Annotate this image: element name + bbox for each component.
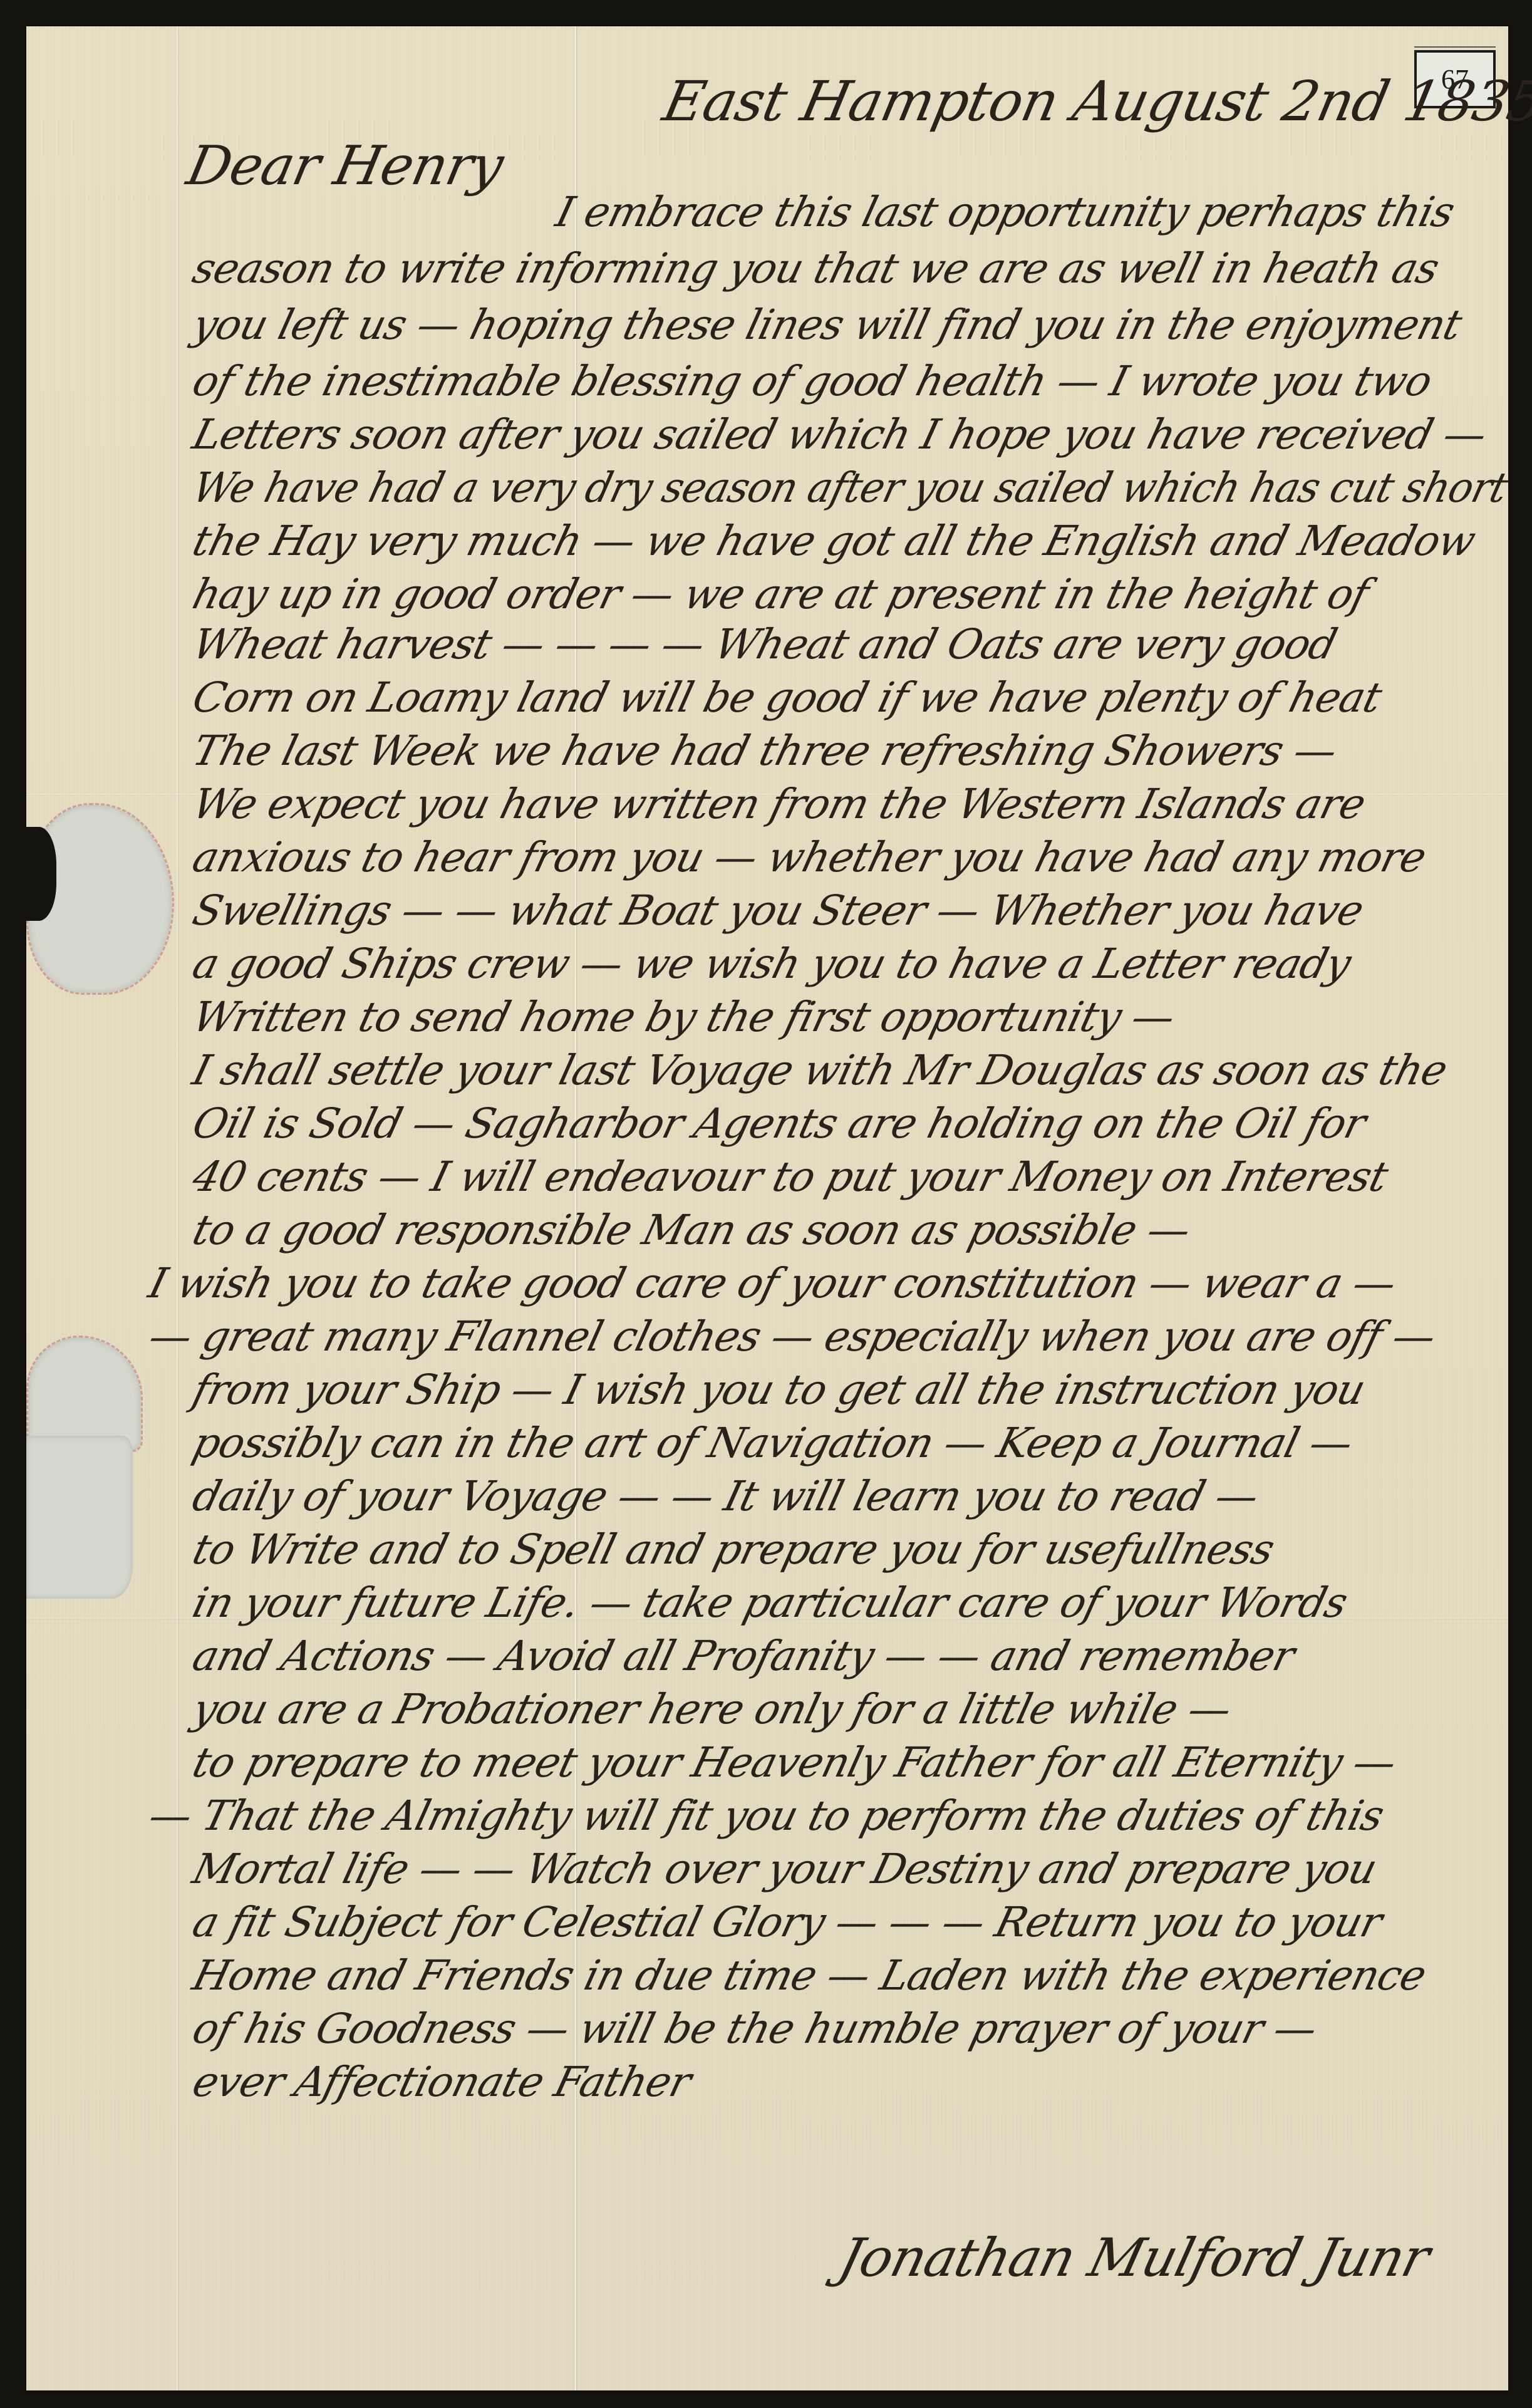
paper-repair-patch: [26, 1436, 133, 1599]
body-line: Mortal life — — Watch over your Destiny …: [188, 1845, 1382, 1893]
signature: Jonathan Mulford Junr: [833, 2227, 1436, 2288]
torn-edge-gap: [13, 827, 56, 921]
body-line: possibly can in the art of Navigation — …: [188, 1419, 1357, 1467]
body-line: Letters soon after you sailed which I ho…: [188, 410, 1491, 459]
body-line: from your Ship — I wish you to get all t…: [188, 1366, 1370, 1414]
body-line: a fit Subject for Celestial Glory — — — …: [188, 1898, 1387, 1946]
body-line: — great many Flannel clothes — especiall…: [144, 1312, 1440, 1361]
body-line: daily of your Voyage — — It will learn y…: [188, 1472, 1263, 1520]
body-line: you left us — hoping these lines will fi…: [188, 301, 1466, 349]
body-line: I shall settle your last Voyage with Mr …: [188, 1046, 1452, 1094]
letter-heading: East Hampton August 2nd 1835: [658, 69, 1532, 133]
body-line: hay up in good order — we are at present…: [188, 570, 1374, 618]
body-line: Written to send home by the first opport…: [188, 993, 1179, 1041]
body-line: a good Ships crew — we wish you to have …: [188, 940, 1355, 988]
body-line: of his Goodness — will be the humble pra…: [188, 2005, 1322, 2053]
body-line: to a good responsible Man as soon as pos…: [188, 1206, 1195, 1254]
body-line: Corn on Loamy land will be good if we ha…: [188, 673, 1386, 722]
body-line: Swellings — — what Boat you Steer — Whet…: [188, 886, 1368, 935]
body-line: — That the Almighty will fit you to perf…: [144, 1792, 1389, 1840]
body-line: of the inestimable blessing of good heal…: [188, 357, 1437, 405]
body-line: Home and Friends in due time — Laden wit…: [188, 1951, 1431, 2000]
body-line: to Write and to Spell and prepare you fo…: [188, 1525, 1279, 1574]
salutation: Dear Henry: [182, 135, 509, 197]
torn-seal-repair-lower: [26, 1336, 143, 1452]
body-line: I embrace this last opportunity perhaps …: [551, 188, 1459, 236]
body-line: Wheat harvest — — — — Wheat and Oats are…: [188, 620, 1342, 668]
body-line: The last Week we have had three refreshi…: [188, 727, 1342, 775]
left-margin-crease: [177, 26, 178, 2390]
body-line: in your future Life. — take particular c…: [188, 1579, 1352, 1627]
body-line: We have had a very dry season after you …: [188, 464, 1513, 512]
body-line: We expect you have written from the West…: [188, 780, 1370, 828]
body-line: Oil is Sold — Sagharbor Agents are holdi…: [188, 1099, 1370, 1148]
body-line: and Actions — Avoid all Profanity — — an…: [188, 1632, 1299, 1680]
body-line: the Hay very much — we have got all the …: [188, 517, 1480, 565]
heading-place: East Hampton: [658, 69, 1064, 133]
body-line: to prepare to meet your Heavenly Father …: [188, 1738, 1400, 1787]
heading-date: August 2nd 1835: [1067, 69, 1532, 133]
body-line: ever Affectionate Father: [188, 2058, 696, 2106]
body-line: I wish you to take good care of your con…: [144, 1259, 1400, 1307]
body-line: you are a Probationer here only for a li…: [188, 1685, 1236, 1733]
body-line: 40 cents — I will endeavour to put your …: [188, 1153, 1392, 1201]
body-line: anxious to hear from you — whether you h…: [188, 833, 1431, 881]
body-line: season to write informing you that we ar…: [188, 244, 1444, 293]
